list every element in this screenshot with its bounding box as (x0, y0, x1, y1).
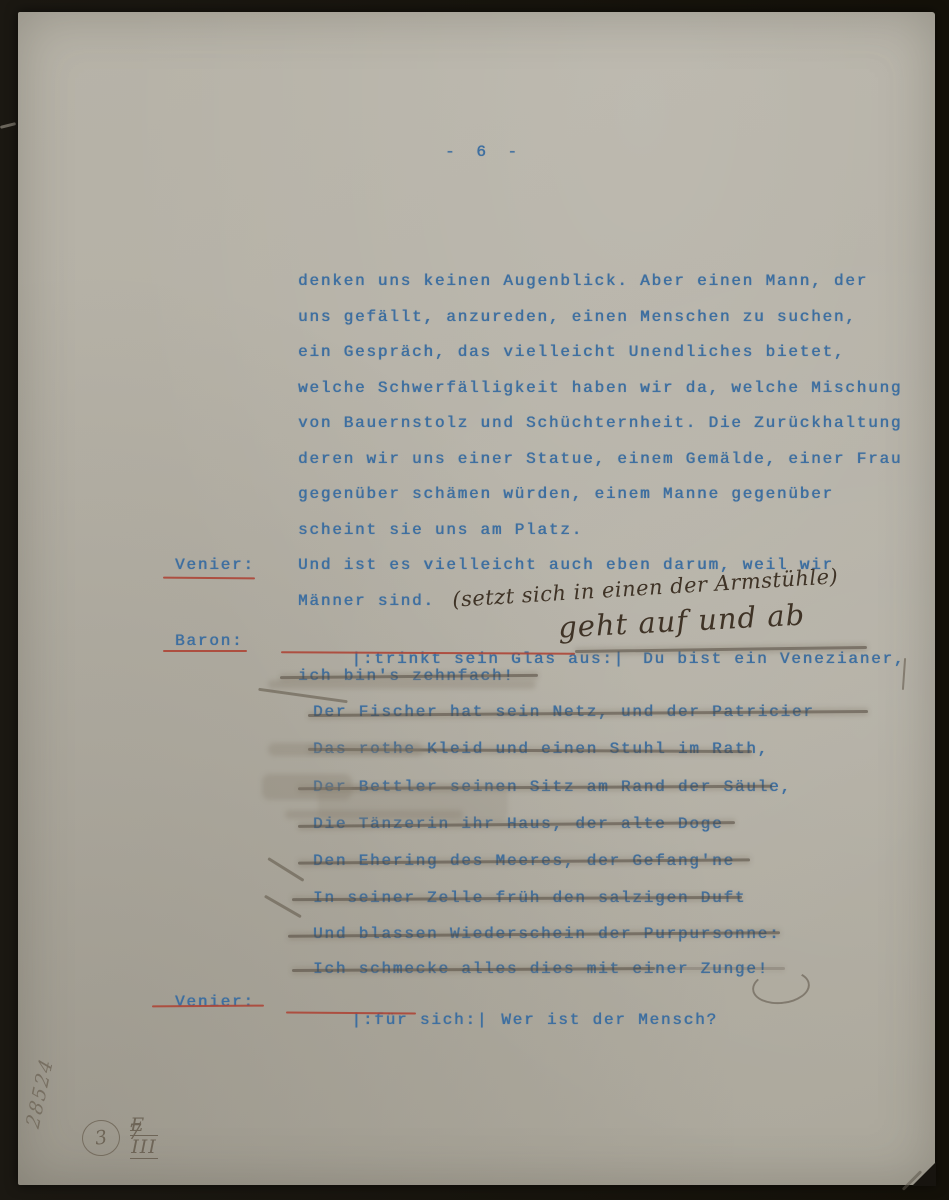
struck-typed-text: Du bist ein Venezianer, (643, 650, 905, 668)
photo-background: - 6 - denken uns keinen Augenblick. Aber… (0, 0, 949, 1200)
speaker-label-venier: Venier: (175, 556, 255, 574)
pencil-strikethrough (655, 967, 785, 970)
typed-line: welche Schwerfälligkeit haben wir da, we… (298, 379, 902, 397)
pencil-tail (258, 688, 347, 703)
typed-line: ein Gespräch, das vielleicht Unendliches… (298, 343, 845, 361)
typed-line: scheint sie uns am Platz. (298, 521, 583, 539)
pencil-smudge (268, 743, 423, 756)
typed-line: gegenüber schämen würden, einem Manne ge… (298, 485, 834, 503)
typed-text: Wer ist der Mensch? (501, 1011, 718, 1029)
red-underline (163, 650, 247, 652)
manuscript-page: - 6 - denken uns keinen Augenblick. Aber… (18, 12, 935, 1185)
speaker-label-venier: Venier: (175, 993, 255, 1011)
typed-line: von Bauernstolz und Schüchternheit. Die … (298, 414, 902, 432)
typed-line: denken uns keinen Augenblick. Aber einen… (298, 272, 868, 290)
circled-number-value: 3 (93, 1126, 108, 1149)
pencil-smudge (268, 680, 536, 689)
corner-fold (912, 1162, 936, 1186)
typed-line: uns gefällt, anzureden, einen Menschen z… (298, 308, 857, 326)
red-underline (163, 577, 255, 580)
scan-scratch (0, 122, 16, 129)
typed-line: Männer sind. (298, 592, 435, 610)
typed-line: |:für sich:|Wer ist der Mensch? (283, 993, 718, 1047)
pencil-smudge (285, 810, 463, 819)
page-number: - 6 - (445, 143, 523, 161)
speaker-label-baron: Baron: (175, 632, 243, 650)
archive-number-vertical: 28524 (19, 1040, 61, 1145)
typed-line: deren wir uns einer Statue, einem Gemäld… (298, 450, 902, 468)
archive-number: 7 (128, 1120, 141, 1144)
